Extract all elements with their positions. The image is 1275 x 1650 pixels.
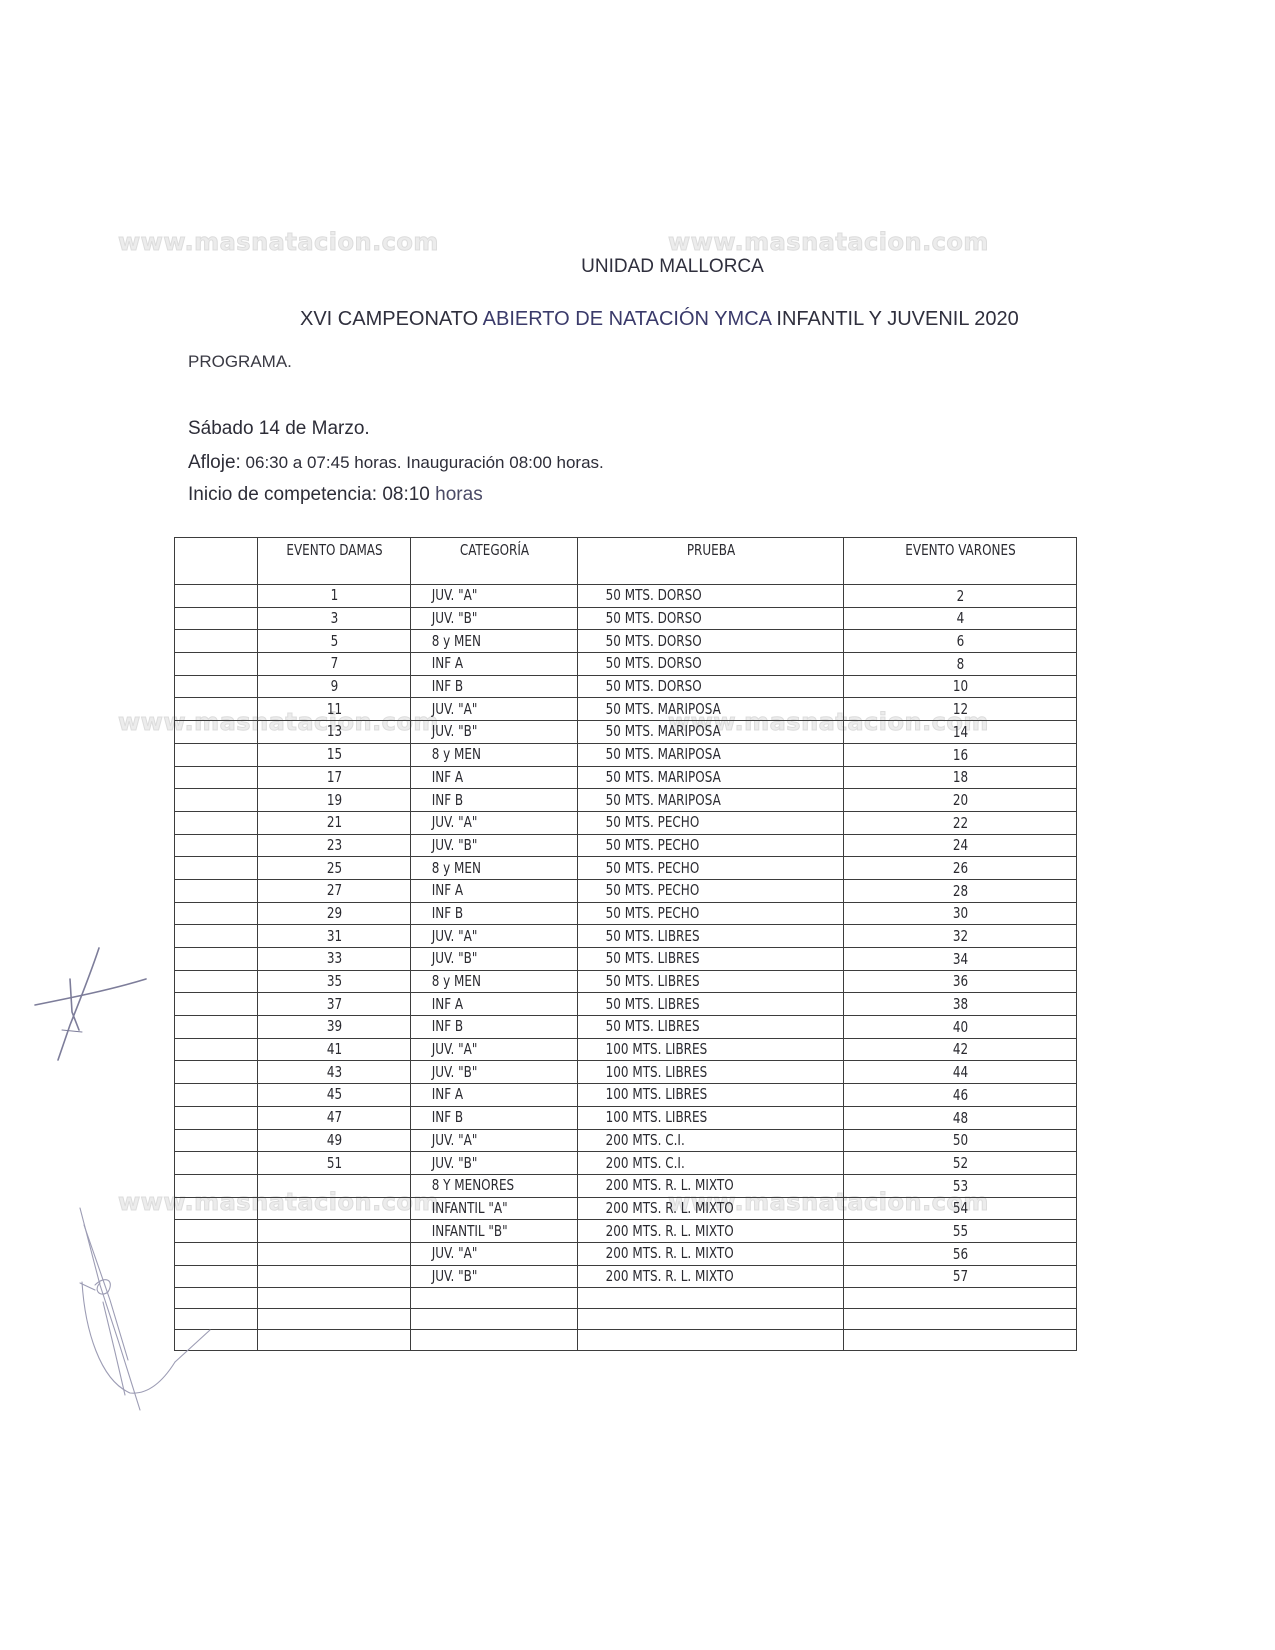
men-event-cell: 56 (860, 1242, 1060, 1265)
organization-heading: UNIDAD MALLORCA (0, 256, 1275, 278)
women-event-cell: 1 (268, 585, 400, 608)
category-cell: INFANTIL "A" (422, 1197, 566, 1220)
men-event-cell: 12 (860, 698, 1060, 721)
table-row: JUV. "A"200 MTS. R. L. MIXTO56 (175, 1242, 1077, 1265)
category-cell: 8 y MEN (422, 970, 566, 993)
category-cell: JUV. "A" (422, 585, 566, 608)
category-cell: INF A (422, 879, 566, 902)
women-event-cell: 29 (268, 902, 400, 925)
category-cell: 8 Y MENORES (422, 1174, 566, 1197)
empty-table-row (175, 1330, 1077, 1351)
table-row: 47INF B100 MTS. LIBRES48 (175, 1106, 1077, 1129)
women-event-cell: 19 (268, 789, 400, 812)
race-cell: 200 MTS. R. L. MIXTO (596, 1174, 825, 1197)
row-blank-cell (180, 630, 251, 653)
men-event-cell: 54 (860, 1197, 1060, 1220)
start-suffix: horas (435, 484, 483, 505)
table-row: 3JUV. "B"50 MTS. DORSO4 (175, 607, 1077, 630)
row-blank-cell (180, 1106, 251, 1129)
women-event-cell: 45 (268, 1084, 400, 1107)
men-event-cell: 53 (860, 1174, 1060, 1197)
row-blank-cell (180, 811, 251, 834)
women-event-cell (268, 1197, 400, 1220)
race-cell: 50 MTS. DORSO (596, 630, 825, 653)
race-cell: 200 MTS. R. L. MIXTO (596, 1265, 825, 1288)
row-blank-cell (180, 902, 251, 925)
table-row: 51JUV. "B"200 MTS. C.I.52 (175, 1152, 1077, 1175)
schedule-start: Inicio de competencia: 08:10 horas (188, 484, 483, 506)
table-row: 11JUV. "A"50 MTS. MARIPOSA12 (175, 698, 1077, 721)
women-event-cell (268, 1220, 400, 1243)
empty-cell (268, 1309, 400, 1330)
race-cell: 50 MTS. MARIPOSA (596, 766, 825, 789)
category-cell: JUV. "A" (422, 1038, 566, 1061)
row-blank-cell (180, 993, 251, 1016)
women-event-cell: 13 (268, 721, 400, 744)
empty-table-row (175, 1288, 1077, 1309)
race-cell: 50 MTS. DORSO (596, 675, 825, 698)
men-event-cell: 20 (860, 789, 1060, 812)
header-category: CATEGORÍA (422, 538, 566, 585)
race-cell: 50 MTS. DORSO (596, 585, 825, 608)
men-event-cell: 4 (860, 607, 1060, 630)
title-part: INFANTIL Y JUVENIL 2020 (771, 308, 1019, 330)
table-row: 29INF B50 MTS. PECHO30 (175, 902, 1077, 925)
women-event-cell (268, 1242, 400, 1265)
table-row: 39INF B50 MTS. LIBRES40 (175, 1016, 1077, 1039)
start-label: Inicio de competencia: 08:10 (188, 484, 435, 505)
row-blank-cell (180, 698, 251, 721)
row-blank-cell (180, 675, 251, 698)
title-part: ABIERTO DE NATACIÓN (483, 308, 715, 330)
men-event-cell: 34 (860, 948, 1060, 971)
race-cell: 50 MTS. PECHO (596, 879, 825, 902)
category-cell: 8 y MEN (422, 743, 566, 766)
table-row: 19INF B50 MTS. MARIPOSA20 (175, 789, 1077, 812)
header-race: PRUEBA (596, 538, 825, 585)
event-program-table: EVENTO DAMAS CATEGORÍA PRUEBA EVENTO VAR… (174, 537, 1077, 1351)
race-cell: 50 MTS. MARIPOSA (596, 789, 825, 812)
table-row: 358 y MEN50 MTS. LIBRES36 (175, 970, 1077, 993)
warmup-label: Afloje: (188, 452, 241, 473)
women-event-cell: 31 (268, 925, 400, 948)
women-event-cell: 15 (268, 743, 400, 766)
category-cell: JUV. "B" (422, 1061, 566, 1084)
row-blank-cell (180, 585, 251, 608)
women-event-cell: 27 (268, 879, 400, 902)
category-cell: INF B (422, 675, 566, 698)
women-event-cell: 47 (268, 1106, 400, 1129)
category-cell: INFANTIL "B" (422, 1220, 566, 1243)
watermark: www.masnatacion.com (668, 228, 989, 256)
row-blank-cell (180, 1084, 251, 1107)
men-event-cell: 38 (860, 993, 1060, 1016)
category-cell: INF A (422, 653, 566, 676)
women-event-cell: 3 (268, 607, 400, 630)
category-cell: 8 y MEN (422, 630, 566, 653)
header-blank (180, 538, 251, 585)
category-cell: INF B (422, 902, 566, 925)
row-blank-cell (180, 834, 251, 857)
watermark: www.masnatacion.com (118, 228, 439, 256)
row-blank-cell (180, 607, 251, 630)
empty-table-row (175, 1309, 1077, 1330)
table-row: 31JUV. "A"50 MTS. LIBRES32 (175, 925, 1077, 948)
row-blank-cell (180, 1174, 251, 1197)
category-cell: JUV. "B" (422, 721, 566, 744)
title-part: XVI CAMPEONATO (300, 308, 483, 330)
men-event-cell: 26 (860, 857, 1060, 880)
race-cell: 100 MTS. LIBRES (596, 1106, 825, 1129)
row-blank-cell (180, 1061, 251, 1084)
women-event-cell: 49 (268, 1129, 400, 1152)
race-cell: 100 MTS. LIBRES (596, 1061, 825, 1084)
table-row: 58 y MEN50 MTS. DORSO6 (175, 630, 1077, 653)
race-cell: 50 MTS. PECHO (596, 834, 825, 857)
race-cell: 50 MTS. MARIPOSA (596, 743, 825, 766)
men-event-cell: 30 (860, 902, 1060, 925)
table-row: 43JUV. "B"100 MTS. LIBRES44 (175, 1061, 1077, 1084)
men-event-cell: 10 (860, 675, 1060, 698)
table-row: 21JUV. "A"50 MTS. PECHO22 (175, 811, 1077, 834)
race-cell: 100 MTS. LIBRES (596, 1038, 825, 1061)
category-cell: JUV. "B" (422, 1152, 566, 1175)
table-row: 258 y MEN50 MTS. PECHO26 (175, 857, 1077, 880)
race-cell: 50 MTS. LIBRES (596, 993, 825, 1016)
race-cell: 50 MTS. PECHO (596, 857, 825, 880)
program-label: PROGRAMA. (188, 352, 292, 372)
race-cell: 50 MTS. MARIPOSA (596, 698, 825, 721)
women-event-cell: 35 (268, 970, 400, 993)
table-row: INFANTIL "B"200 MTS. R. L. MIXTO55 (175, 1220, 1077, 1243)
row-blank-cell (180, 970, 251, 993)
empty-cell (596, 1309, 825, 1330)
table-row: 33JUV. "B"50 MTS. LIBRES34 (175, 948, 1077, 971)
row-blank-cell (180, 789, 251, 812)
table-row: 45INF A100 MTS. LIBRES46 (175, 1084, 1077, 1107)
row-blank-cell (180, 743, 251, 766)
table-row: 7INF A50 MTS. DORSO8 (175, 653, 1077, 676)
table-row: 37INF A50 MTS. LIBRES38 (175, 993, 1077, 1016)
title-part: YMCA (714, 308, 771, 330)
race-cell: 50 MTS. LIBRES (596, 1016, 825, 1039)
category-cell: JUV. "A" (422, 1242, 566, 1265)
women-event-cell: 21 (268, 811, 400, 834)
row-blank-cell (180, 1242, 251, 1265)
race-cell: 50 MTS. PECHO (596, 811, 825, 834)
race-cell: 50 MTS. LIBRES (596, 970, 825, 993)
women-event-cell (268, 1265, 400, 1288)
race-cell: 200 MTS. R. L. MIXTO (596, 1220, 825, 1243)
men-event-cell: 28 (860, 879, 1060, 902)
women-event-cell: 23 (268, 834, 400, 857)
schedule-warmup: Afloje: 06:30 a 07:45 horas. Inauguració… (188, 452, 604, 474)
championship-title: XVI CAMPEONATO ABIERTO DE NATACIÓN YMCA … (300, 308, 1019, 331)
women-event-cell: 5 (268, 630, 400, 653)
warmup-time: 06:30 a 07:45 horas. (241, 453, 406, 472)
empty-cell (180, 1330, 251, 1351)
empty-cell (422, 1330, 566, 1351)
men-event-cell: 22 (860, 811, 1060, 834)
men-event-cell: 14 (860, 721, 1060, 744)
men-event-cell: 50 (860, 1129, 1060, 1152)
row-blank-cell (180, 857, 251, 880)
men-event-cell: 44 (860, 1061, 1060, 1084)
row-blank-cell (180, 1152, 251, 1175)
women-event-cell: 39 (268, 1016, 400, 1039)
race-cell: 50 MTS. LIBRES (596, 925, 825, 948)
men-event-cell: 8 (860, 653, 1060, 676)
row-blank-cell (180, 925, 251, 948)
table-row: 9INF B50 MTS. DORSO10 (175, 675, 1077, 698)
race-cell: 200 MTS. C.I. (596, 1129, 825, 1152)
table-row: 13JUV. "B"50 MTS. MARIPOSA14 (175, 721, 1077, 744)
empty-cell (422, 1309, 566, 1330)
women-event-cell: 11 (268, 698, 400, 721)
empty-cell (860, 1309, 1060, 1330)
empty-cell (180, 1309, 251, 1330)
women-event-cell: 7 (268, 653, 400, 676)
men-event-cell: 42 (860, 1038, 1060, 1061)
men-event-cell: 6 (860, 630, 1060, 653)
row-blank-cell (180, 1129, 251, 1152)
empty-cell (596, 1288, 825, 1309)
women-event-cell: 43 (268, 1061, 400, 1084)
race-cell: 50 MTS. DORSO (596, 607, 825, 630)
table-row: 49JUV. "A"200 MTS. C.I.50 (175, 1129, 1077, 1152)
schedule-date: Sábado 14 de Marzo. (188, 418, 370, 440)
table-header-row: EVENTO DAMAS CATEGORÍA PRUEBA EVENTO VAR… (175, 538, 1077, 585)
category-cell: JUV. "A" (422, 698, 566, 721)
row-blank-cell (180, 1220, 251, 1243)
men-event-cell: 40 (860, 1016, 1060, 1039)
row-blank-cell (180, 653, 251, 676)
row-blank-cell (180, 1265, 251, 1288)
men-event-cell: 55 (860, 1220, 1060, 1243)
men-event-cell: 48 (860, 1106, 1060, 1129)
category-cell: JUV. "A" (422, 925, 566, 948)
race-cell: 50 MTS. PECHO (596, 902, 825, 925)
men-event-cell: 57 (860, 1265, 1060, 1288)
men-event-cell: 32 (860, 925, 1060, 948)
women-event-cell: 37 (268, 993, 400, 1016)
race-cell: 200 MTS. R. L. MIXTO (596, 1242, 825, 1265)
women-event-cell: 17 (268, 766, 400, 789)
women-event-cell: 9 (268, 675, 400, 698)
table-row: 1JUV. "A"50 MTS. DORSO2 (175, 585, 1077, 608)
table-row: INFANTIL "A"200 MTS. R. L. MIXTO54 (175, 1197, 1077, 1220)
row-blank-cell (180, 1038, 251, 1061)
header-women-event: EVENTO DAMAS (268, 538, 400, 585)
row-blank-cell (180, 766, 251, 789)
empty-cell (268, 1288, 400, 1309)
table-row: 23JUV. "B"50 MTS. PECHO24 (175, 834, 1077, 857)
category-cell: INF A (422, 766, 566, 789)
women-event-cell: 51 (268, 1152, 400, 1175)
men-event-cell: 52 (860, 1152, 1060, 1175)
men-event-cell: 46 (860, 1084, 1060, 1107)
row-blank-cell (180, 948, 251, 971)
race-cell: 200 MTS. R. L. MIXTO (596, 1197, 825, 1220)
row-blank-cell (180, 721, 251, 744)
women-event-cell: 41 (268, 1038, 400, 1061)
men-event-cell: 18 (860, 766, 1060, 789)
empty-cell (596, 1330, 825, 1351)
category-cell: JUV. "A" (422, 811, 566, 834)
category-cell: JUV. "B" (422, 948, 566, 971)
category-cell: JUV. "B" (422, 607, 566, 630)
women-event-cell: 33 (268, 948, 400, 971)
category-cell: INF B (422, 789, 566, 812)
race-cell: 100 MTS. LIBRES (596, 1084, 825, 1107)
table-row: 158 y MEN50 MTS. MARIPOSA16 (175, 743, 1077, 766)
men-event-cell: 2 (860, 585, 1060, 608)
empty-cell (422, 1288, 566, 1309)
row-blank-cell (180, 1197, 251, 1220)
row-blank-cell (180, 879, 251, 902)
table-row: 17INF A50 MTS. MARIPOSA18 (175, 766, 1077, 789)
men-event-cell: 24 (860, 834, 1060, 857)
category-cell: INF A (422, 1084, 566, 1107)
empty-cell (860, 1330, 1060, 1351)
category-cell: JUV. "B" (422, 834, 566, 857)
category-cell: INF B (422, 1016, 566, 1039)
race-cell: 50 MTS. DORSO (596, 653, 825, 676)
men-event-cell: 36 (860, 970, 1060, 993)
row-blank-cell (180, 1016, 251, 1039)
empty-cell (268, 1330, 400, 1351)
category-cell: INF A (422, 993, 566, 1016)
category-cell: JUV. "B" (422, 1265, 566, 1288)
women-event-cell: 25 (268, 857, 400, 880)
table-row: 41JUV. "A"100 MTS. LIBRES42 (175, 1038, 1077, 1061)
women-event-cell (268, 1174, 400, 1197)
table-row: 8 Y MENORES200 MTS. R. L. MIXTO53 (175, 1174, 1077, 1197)
table-row: JUV. "B"200 MTS. R. L. MIXTO57 (175, 1265, 1077, 1288)
table-row: 27INF A50 MTS. PECHO28 (175, 879, 1077, 902)
header-men-event: EVENTO VARONES (860, 538, 1060, 585)
inauguration-time: Inauguración 08:00 horas. (406, 453, 604, 472)
empty-cell (860, 1288, 1060, 1309)
category-cell: JUV. "A" (422, 1129, 566, 1152)
men-event-cell: 16 (860, 743, 1060, 766)
empty-cell (180, 1288, 251, 1309)
category-cell: INF B (422, 1106, 566, 1129)
category-cell: 8 y MEN (422, 857, 566, 880)
race-cell: 50 MTS. MARIPOSA (596, 721, 825, 744)
race-cell: 50 MTS. LIBRES (596, 948, 825, 971)
race-cell: 200 MTS. C.I. (596, 1152, 825, 1175)
